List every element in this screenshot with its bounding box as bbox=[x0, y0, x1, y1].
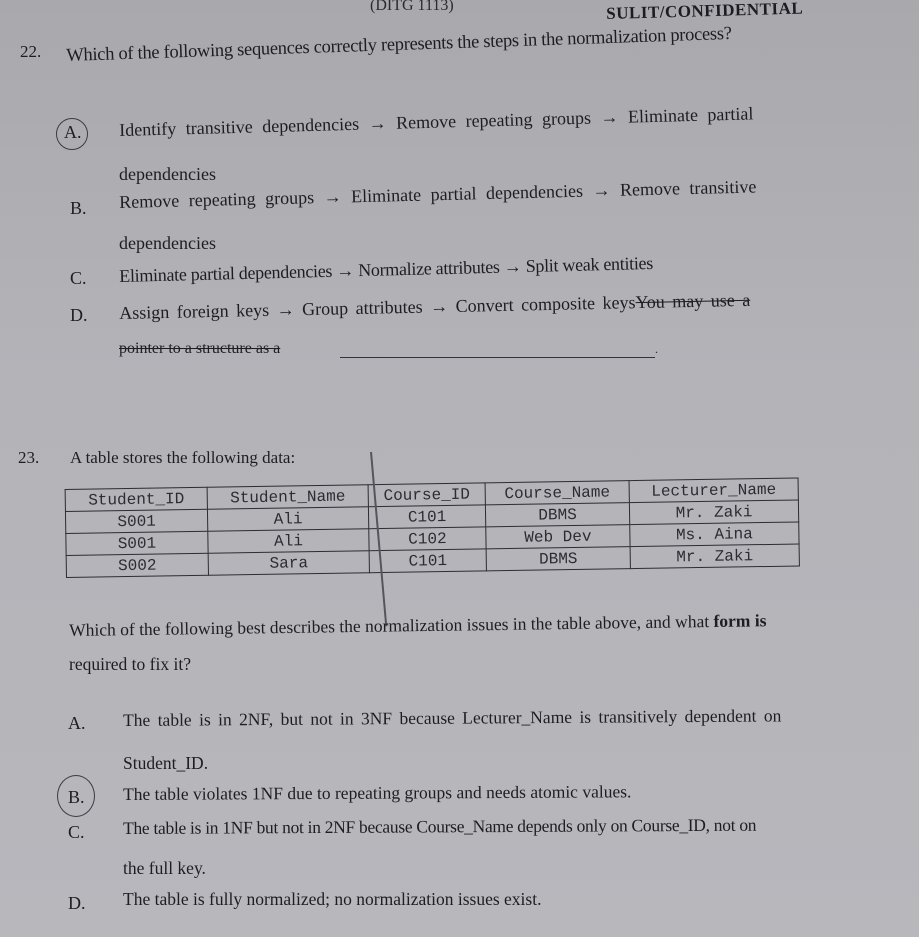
option-23c-text-cont: the full key. bbox=[123, 858, 206, 879]
student-course-table: Student_ID Student_Name Course_ID Course… bbox=[65, 477, 800, 578]
cell-student-name: Sara bbox=[208, 551, 369, 576]
cell-student-name: Ali bbox=[208, 529, 369, 554]
option-22a-text[interactable]: Identify transitive dependencies → Remov… bbox=[119, 103, 754, 141]
course-code: (DITG 1113) bbox=[370, 0, 454, 15]
question-23-text: Which of the following best describes th… bbox=[69, 610, 767, 641]
cell-lecturer-name: Mr. Zaki bbox=[630, 544, 799, 569]
cell-student-id: S001 bbox=[65, 509, 207, 533]
col-header-student-id: Student_ID bbox=[65, 487, 207, 511]
question-23-text-cont: required to fix it? bbox=[69, 654, 191, 675]
col-header-lecturer-name: Lecturer_Name bbox=[629, 478, 798, 503]
cell-course-name: Web Dev bbox=[486, 525, 630, 549]
cell-lecturer-name: Mr. Zaki bbox=[629, 500, 798, 525]
option-23d-text[interactable]: The table is fully normalized; no normal… bbox=[123, 889, 541, 910]
cell-student-id: S002 bbox=[66, 553, 208, 577]
cell-student-name: Ali bbox=[207, 507, 368, 532]
option-22b-text-cont: dependencies bbox=[119, 233, 216, 254]
option-23a-text[interactable]: The table is in 2NF, but not in 3NF beca… bbox=[123, 705, 781, 731]
confidential-label: SULIT/CONFIDENTIAL bbox=[606, 0, 803, 24]
cell-course-id: C102 bbox=[369, 527, 486, 551]
fill-in-blank-line bbox=[340, 357, 655, 358]
option-22b-letter[interactable]: B. bbox=[70, 198, 87, 219]
option-23a-text-cont: Student_ID. bbox=[123, 753, 208, 774]
option-22d-text[interactable]: Assign foreign keys → Group attributes →… bbox=[119, 290, 750, 324]
question-23-intro: A table stores the following data: bbox=[70, 448, 295, 468]
option-22a-letter[interactable]: A. bbox=[64, 122, 82, 143]
cell-course-id: C101 bbox=[368, 505, 485, 529]
option-22a-text-cont: dependencies bbox=[119, 164, 216, 185]
cell-course-name: DBMS bbox=[485, 503, 629, 527]
question-23-text-main: Which of the following best describes th… bbox=[69, 611, 714, 640]
option-23a-letter[interactable]: A. bbox=[68, 713, 86, 734]
option-22d-letter[interactable]: D. bbox=[70, 305, 88, 326]
cell-student-id: S001 bbox=[66, 531, 208, 555]
col-header-course-name: Course_Name bbox=[485, 481, 629, 505]
question-22-text: Which of the following sequences correct… bbox=[66, 24, 732, 67]
option-22c-letter[interactable]: C. bbox=[70, 268, 87, 289]
option-22d-struck-cont: pointer to a structure as a bbox=[119, 340, 280, 358]
option-22d-main: Assign foreign keys → Group attributes →… bbox=[119, 292, 636, 323]
option-23c-letter[interactable]: C. bbox=[68, 822, 85, 843]
option-22c-text[interactable]: Eliminate partial dependencies → Normali… bbox=[119, 253, 653, 287]
col-header-course-id: Course_ID bbox=[368, 483, 485, 507]
cell-course-name: DBMS bbox=[486, 547, 630, 571]
cell-course-id: C101 bbox=[369, 549, 486, 573]
option-23d-letter[interactable]: D. bbox=[68, 893, 86, 914]
option-23c-text[interactable]: The table is in 1NF but not in 2NF becau… bbox=[123, 815, 756, 839]
cell-lecturer-name: Ms. Aina bbox=[630, 522, 799, 547]
leftover-struck-text: You may use a bbox=[635, 290, 750, 312]
blank-trailing-period: . bbox=[655, 342, 658, 357]
col-header-student-name: Student_Name bbox=[207, 485, 368, 510]
question-23-number: 23. bbox=[18, 448, 39, 468]
question-23-text-bold: form is bbox=[713, 610, 766, 631]
option-23b-text[interactable]: The table violates 1NF due to repeating … bbox=[123, 781, 631, 805]
question-22-number: 22. bbox=[20, 42, 41, 62]
option-23b-letter[interactable]: B. bbox=[68, 787, 85, 808]
